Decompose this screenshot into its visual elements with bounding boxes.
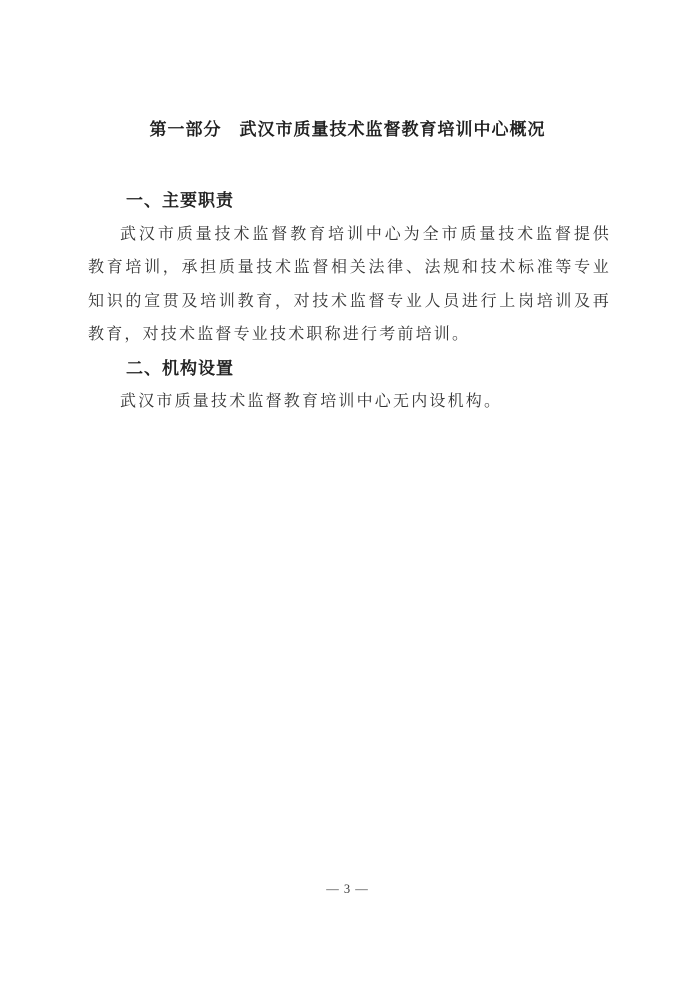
page-number: — 3 — — [0, 882, 695, 897]
document-body: 一、主要职责 武汉市质量技术监督教育培训中心为全市质量技术监督提供教育培训，承担… — [88, 184, 611, 419]
paragraph-organization: 武汉市质量技术监督教育培训中心无内设机构。 — [88, 385, 611, 419]
paragraph-main-duties: 武汉市质量技术监督教育培训中心为全市质量技术监督提供教育培训，承担质量技术监督相… — [88, 218, 611, 352]
section-heading-main-duties: 一、主要职责 — [88, 184, 611, 218]
document-page: 第一部分 武汉市质量技术监督教育培训中心概况 一、主要职责 武汉市质量技术监督教… — [0, 0, 695, 983]
page-title: 第一部分 武汉市质量技术监督教育培训中心概况 — [0, 119, 695, 141]
section-heading-organization: 二、机构设置 — [88, 352, 611, 386]
